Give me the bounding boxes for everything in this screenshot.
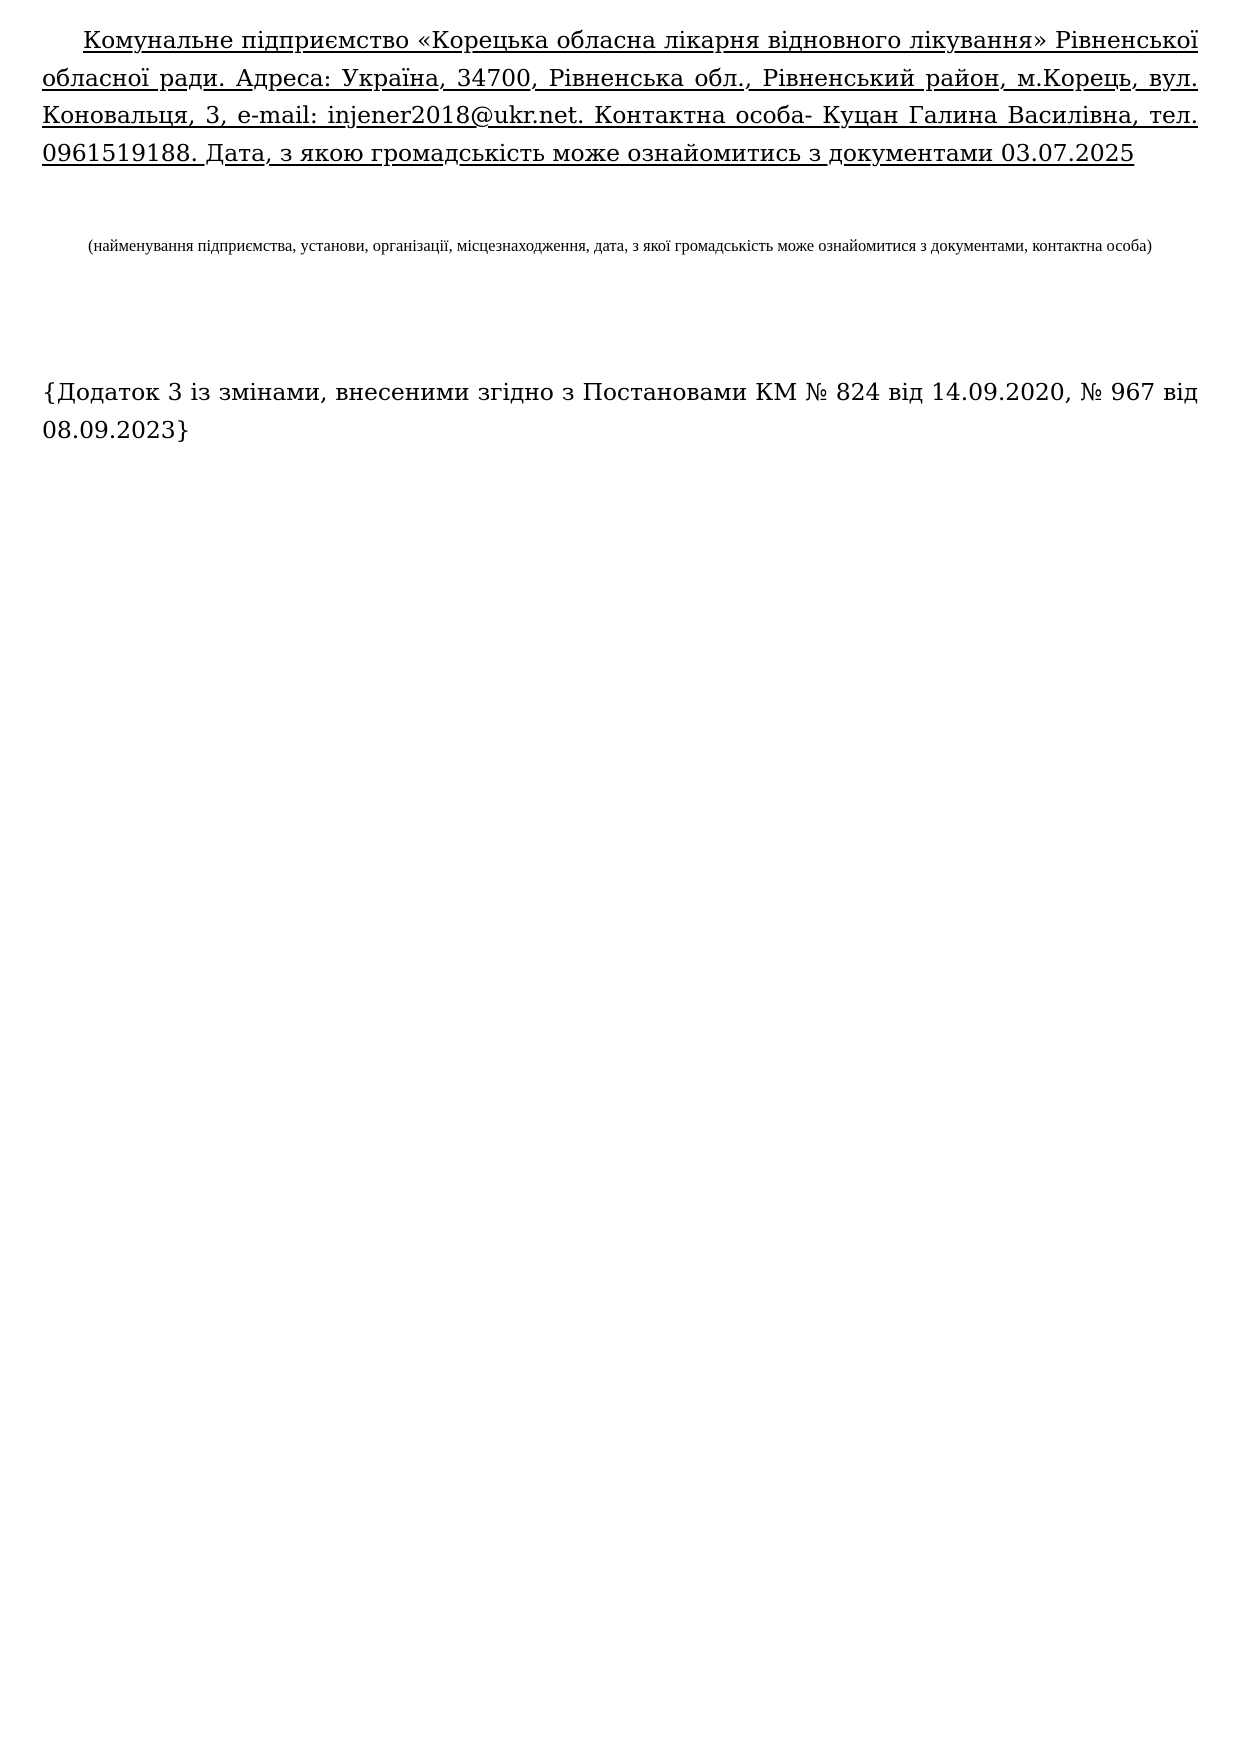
document-page: Комунальне підприємство «Корецька обласн… <box>42 0 1198 172</box>
field-caption: (найменування підприємства, установи, ор… <box>42 236 1198 255</box>
organization-info-paragraph: Комунальне підприємство «Корецька обласн… <box>42 0 1198 172</box>
amendment-note: {Додаток 3 із змінами, внесеними згідно … <box>42 373 1198 449</box>
